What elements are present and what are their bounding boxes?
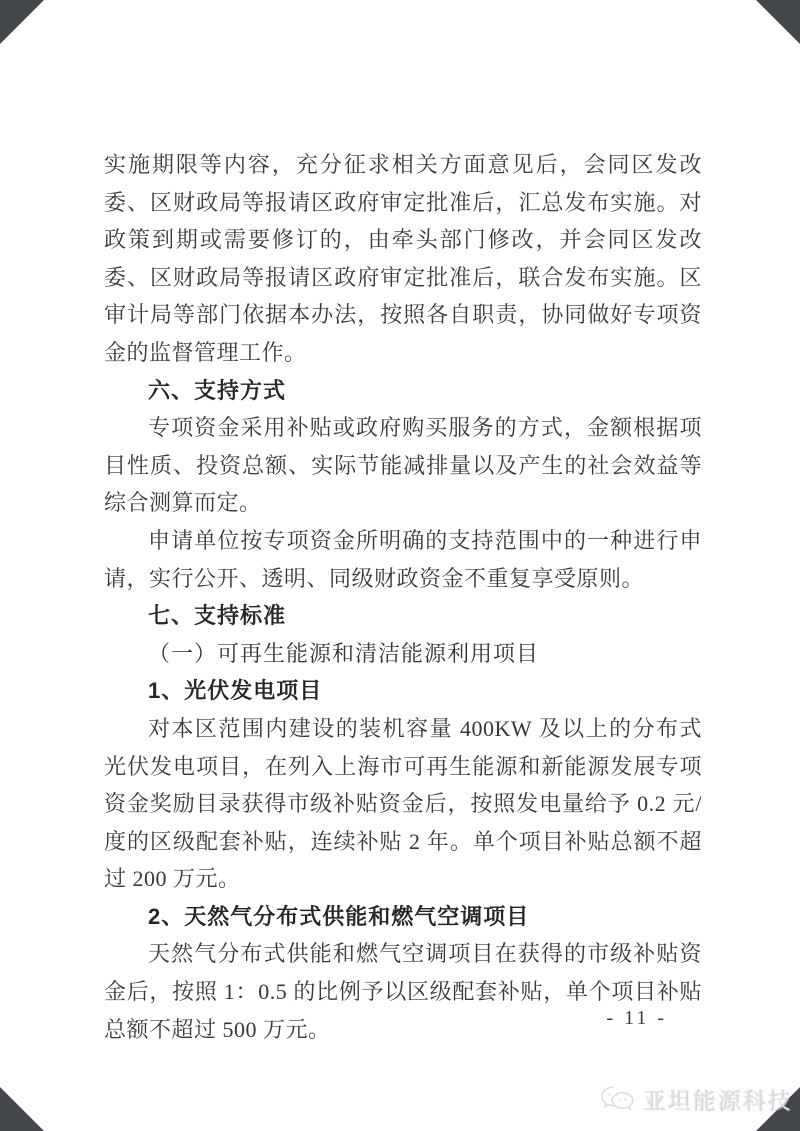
section-6-heading: 六、支持方式 — [104, 372, 702, 410]
item-1-heading: 1、光伏发电项目 — [104, 672, 702, 710]
section-7-subsection-1-heading: （一）可再生能源和清洁能源利用项目 — [104, 635, 702, 673]
section-7-heading: 七、支持标准 — [104, 597, 702, 635]
document-page: 实施期限等内容，充分征求相关方面意见后，会同区发改委、区财政局等报请区政府审定批… — [0, 0, 800, 1131]
document-body: 实施期限等内容，充分征求相关方面意见后，会同区发改委、区财政局等报请区政府审定批… — [104, 146, 702, 1048]
wechat-logo-icon — [600, 1085, 636, 1113]
corner-mark-bottom-left-icon — [0, 1087, 44, 1131]
watermark: 亚坦能源科技 — [600, 1082, 792, 1115]
item-1-paragraph: 对本区范围内建设的装机容量 400KW 及以上的分布式光伏发电项目，在列入上海市… — [104, 710, 702, 898]
item-2-paragraph: 天然气分布式供能和燃气空调项目在获得的市级补贴资金后，按照 1：0.5 的比例予… — [104, 935, 702, 1048]
section-6-paragraph-1: 专项资金采用补贴或政府购买服务的方式，金额根据项目性质、投资总额、实际节能减排量… — [104, 409, 702, 522]
section-6-paragraph-2: 申请单位按专项资金所明确的支持范围中的一种进行申请，实行公开、透明、同级财政资金… — [104, 522, 702, 597]
page-number: - 11 - — [606, 1007, 667, 1030]
corner-mark-top-left-icon — [0, 0, 44, 44]
watermark-text: 亚坦能源科技 — [642, 1082, 792, 1115]
item-2-heading: 2、天然气分布式供能和燃气空调项目 — [104, 898, 702, 936]
paragraph-continuation: 实施期限等内容，充分征求相关方面意见后，会同区发改委、区财政局等报请区政府审定批… — [104, 146, 702, 372]
corner-mark-top-right-icon — [756, 0, 800, 44]
